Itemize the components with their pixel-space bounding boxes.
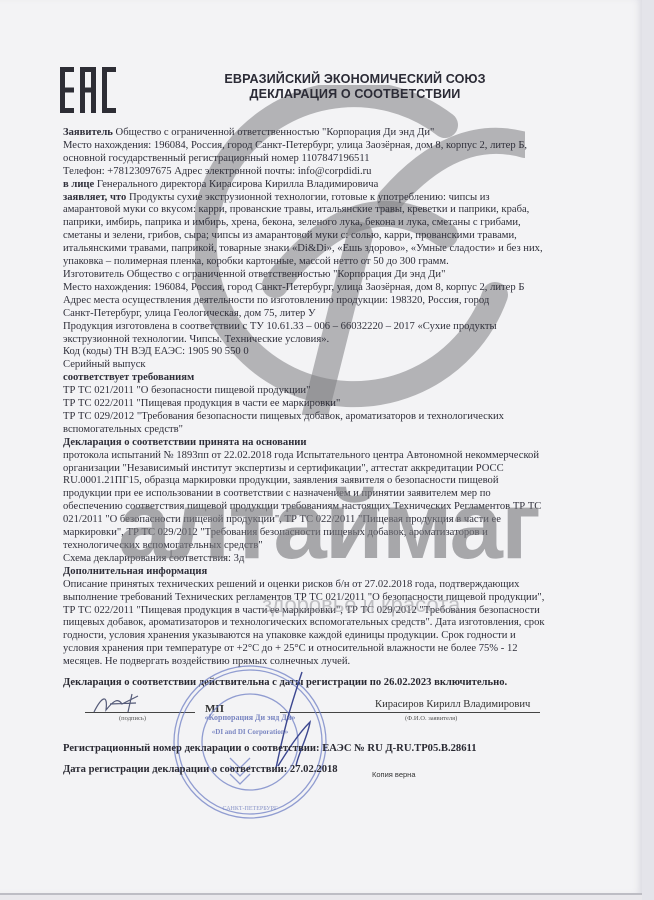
declaration-line: заявляет, что Продукты сухие экструзионн… xyxy=(63,192,583,205)
representative-label: в лице xyxy=(63,179,94,190)
hs-code: Код (коды) ТН ВЭД ЕАЭС: 1905 90 550 0 xyxy=(63,346,583,359)
basis-text: протокола испытаний № 1893пп от 22.02.20… xyxy=(63,450,583,463)
document-title: ЕВРАЗИЙСКИЙ ЭКОНОМИЧЕСКИЙ СОЮЗ ДЕКЛАРАЦИ… xyxy=(220,72,490,102)
manufacturer-text: Место нахождения: 196084, Россия, город … xyxy=(63,282,583,295)
declaration-text: паприки, имбирь, паприка и имбирь, хрена… xyxy=(63,217,583,230)
additional-info-text: Описание принятых технических решений и … xyxy=(63,579,583,592)
applicant-name: Общество с ограниченной ответственностью… xyxy=(113,127,434,138)
declaration-text: упаковка – полимерная пленка, коробки ка… xyxy=(63,256,583,269)
representative-name: Генерального директора Кирасирова Кирилл… xyxy=(94,179,378,190)
union-name: ЕВРАЗИЙСКИЙ ЭКОНОМИЧЕСКИЙ СОЮЗ xyxy=(220,72,490,87)
eac-mark-icon xyxy=(60,67,118,113)
additional-info-text: годности, условия хранения указываются н… xyxy=(63,630,583,643)
basis-text: 021/2011 "О безопасности пищевой продукц… xyxy=(63,514,583,527)
registration-date: Дата регистрации декларации о соответств… xyxy=(63,764,338,775)
validity-statement: Декларация о соответствии действительна … xyxy=(63,677,507,688)
requirement-item: ТР ТС 021/2011 "О безопасности пищевой п… xyxy=(63,385,583,398)
applicant-ogrn: основной государственный регистрационный… xyxy=(63,153,583,166)
applicant-label: Заявитель xyxy=(63,127,113,138)
manufacturer-text: Изготовитель Общество с ограниченной отв… xyxy=(63,269,583,282)
basis-heading: Декларация о соответствии принята на осн… xyxy=(63,437,583,450)
declaration-text: сметаны и зелени, грибов, сыра; чипсы из… xyxy=(63,230,583,243)
basis-text: продукции при ее использовании в соответ… xyxy=(63,488,583,501)
applicant-address: Место нахождения: 196084, Россия, город … xyxy=(63,140,583,153)
requirement-item: ТР ТС 022/2011 "Пищевая продукция в част… xyxy=(63,398,583,411)
declaration-text: итальянскими травами, паприкой, товарные… xyxy=(63,243,583,256)
signature-caption: (подпись) xyxy=(119,715,146,722)
basis-text: технологических вспомогательных средств" xyxy=(63,540,583,553)
registration-number: Регистрационный номер декларации о соотв… xyxy=(63,743,477,754)
stamp-place-label: МП xyxy=(205,703,224,715)
additional-info-text: месяцев. Не подвергать воздействию прямы… xyxy=(63,656,583,669)
manufacturer-text: Продукция изготовлена в соответствии с Т… xyxy=(63,321,583,334)
signer-name-line xyxy=(280,712,540,713)
representative-line: в лице Генерального директора Кирасирова… xyxy=(63,179,583,192)
manufacturer-text: экструзионной технологии. Чипсы. Техниче… xyxy=(63,334,583,347)
additional-info-text: пищевых добавок, ароматизаторов и технол… xyxy=(63,617,583,630)
requirement-item: вспомогательных средств" xyxy=(63,424,583,437)
applicant-line: Заявитель Общество с ограниченной ответс… xyxy=(63,127,583,140)
production-type: Серийный выпуск xyxy=(63,359,583,372)
declaration-text: Продукты сухие экструзионной технологии,… xyxy=(126,192,489,203)
applicant-contacts: Телефон: +78123097675 Адрес электронной … xyxy=(63,166,583,179)
basis-text: организации "Независимый институт экспер… xyxy=(63,463,583,476)
declaration-body: Заявитель Общество с ограниченной ответс… xyxy=(63,127,583,669)
basis-text: обеспечению соответствия пищевой продукц… xyxy=(63,501,583,514)
requirements-heading: соответствует требованиям xyxy=(63,372,583,385)
declaration-scheme: Схема декларирования соответствия: 3д xyxy=(63,553,583,566)
manufacturer-text: Адрес места осуществления деятельности п… xyxy=(63,295,583,308)
requirement-item: ТР ТС 029/2012 "Требования безопасности … xyxy=(63,411,583,424)
declaration-label: заявляет, что xyxy=(63,192,126,203)
declaration-text: амарантовой муки со вкусом: карри, прова… xyxy=(63,204,583,217)
page-edge xyxy=(642,0,654,900)
signer-caption: (Ф.И.О. заявителя) xyxy=(405,715,457,722)
additional-info-text: выполнение требований Технических реглам… xyxy=(63,592,583,605)
additional-info-heading: Дополнительная информация xyxy=(63,566,583,579)
additional-info-text: условия хранения при температуре от +2°С… xyxy=(63,643,583,656)
signer-name: Кирасиров Кирилл Владимирович xyxy=(375,699,530,710)
copy-certified-note: Копия верна xyxy=(372,770,416,779)
additional-info-text: ТР ТС 022/2011 "Пищевая продукция в част… xyxy=(63,605,583,618)
signature-line xyxy=(85,712,195,713)
manufacturer-text: Санкт-Петербург, улица Геологическая, до… xyxy=(63,308,583,321)
eac-logo xyxy=(60,67,118,113)
document-type: ДЕКЛАРАЦИЯ О СООТВЕТСТВИИ xyxy=(220,87,490,102)
basis-text: маркировки", ТР ТС 029/2012 "Требования … xyxy=(63,527,583,540)
basis-text: RU.0001.21ПГ15, образца маркировки проду… xyxy=(63,475,583,488)
